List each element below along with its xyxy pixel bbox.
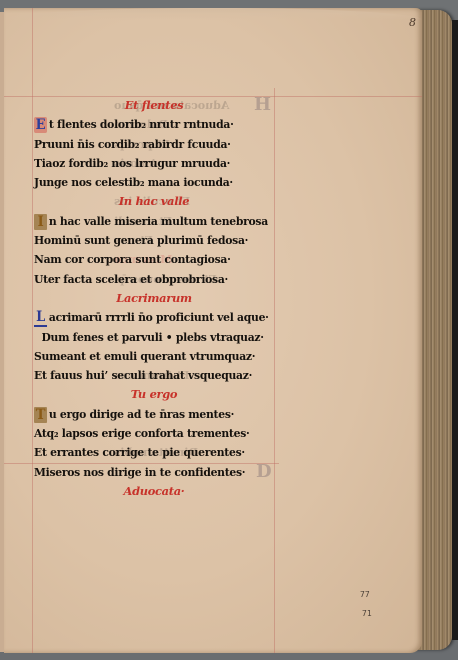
verse-line: Et fauus hui’ seculi trahat vsquequaz·: [34, 366, 257, 385]
verse-line: Miseros nos dirige in te confidentes·: [34, 463, 257, 482]
ruling-line-right: [274, 88, 275, 653]
rubric: Et flentes: [34, 96, 274, 115]
rubric: Aduocata·: [34, 482, 274, 501]
verse-line: Hominū sunt genera plurimū fedosa·: [34, 231, 257, 250]
verse-line: Dum fenes et parvuli • plebs vtraquaz·: [34, 328, 257, 347]
rubric: Lacrimarum: [34, 289, 274, 308]
verse-text: t flentes dolorib₂ nrutr rntnuda·: [49, 117, 234, 131]
verse-line: Sumeant et emuli querant vtrumquaz·: [34, 347, 257, 366]
verse-line: Atq₂ lapsos erige conforta trementes·: [34, 424, 257, 443]
manuscript-page: 8 77 71 Aduocata nra q̄suo Dolorum Et pr…: [4, 8, 422, 653]
verse-line: Et errantes corrige te pie querentes·: [34, 443, 257, 462]
verse-line: Uter facta scelera et obprobriosa·: [34, 270, 257, 289]
verse-text: n hac valle miseria multum tenebrosa: [49, 214, 268, 228]
verse-line: Lacrimarū rrrrli n̄o proficiunt vel aqu…: [34, 308, 257, 327]
folio-number: 8: [409, 16, 416, 29]
verse-line: Tiaoz fordib₂ nos lrrugur mruuda·: [34, 154, 257, 173]
decorated-initial: T: [34, 407, 47, 423]
verse-line: Nam cor corpora sunt contagiosa·: [34, 250, 257, 269]
verse-line: Et flentes dolorib₂ nrutr rntnuda·: [34, 115, 257, 134]
rubric: Tu ergo: [34, 385, 274, 404]
verse-line: Tu ergo dirige ad te n̄ras mentes·: [34, 405, 257, 424]
ruling-line-left: [32, 8, 33, 653]
verse-text: acrimarū rrrrli n̄o proficiunt vel aque…: [49, 310, 269, 324]
text-column: Et flentes Et flentes dolorib₂ nrutr rnt…: [34, 96, 274, 501]
verse-line: Junge nos celestib₂ mana iocunda·: [34, 173, 257, 192]
decorated-initial: I: [34, 214, 47, 230]
decorated-initial: E: [34, 117, 47, 133]
rubric: In hac valle: [34, 192, 274, 211]
manuscript-viewer: 8 77 71 Aduocata nra q̄suo Dolorum Et pr…: [0, 0, 458, 660]
verse-text: u ergo dirige ad te n̄ras mentes·: [49, 407, 234, 421]
decorated-initial: L: [34, 309, 47, 327]
shelf-mark-1: 77: [360, 590, 370, 599]
shelf-mark-2: 71: [362, 609, 372, 618]
verse-line: In hac valle miseria multum tenebrosa: [34, 212, 257, 231]
verse-line: Pruuni n̄is cordib₂ rabirdr fcuuda·: [34, 135, 257, 154]
